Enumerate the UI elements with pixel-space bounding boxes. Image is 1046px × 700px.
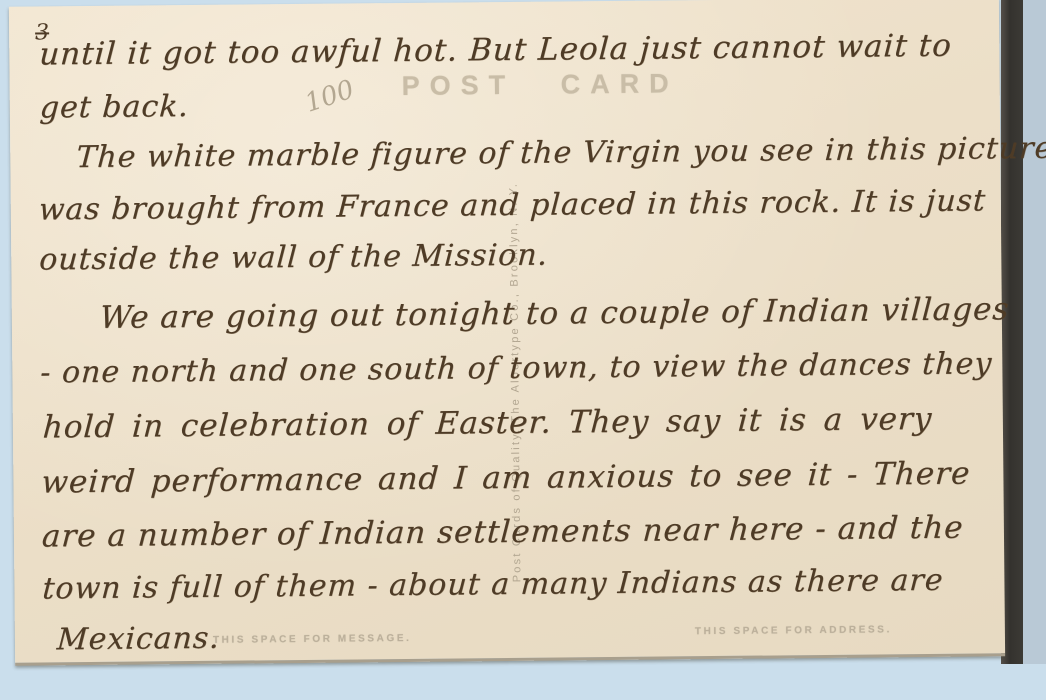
postcard-back: POST CARD Post Cards of Quality. The Alb… (9, 0, 1005, 666)
post-card-watermark: POST CARD (401, 68, 678, 102)
space-for-message-label: THIS SPACE FOR MESSAGE. (213, 633, 412, 646)
message-line: are a number of Indian settlements near … (41, 510, 965, 555)
scan-edge-margin (1023, 0, 1046, 664)
message-line: get back. (39, 89, 190, 125)
message-line: hold in celebration of Easter. They say … (42, 401, 934, 446)
scanned-postcard-image: POST CARD Post Cards of Quality. The Alb… (0, 0, 1046, 700)
pencil-price-note: 100 (301, 75, 358, 119)
message-line: The white marble figure of the Virgin yo… (75, 131, 1046, 175)
message-line: until it got too awful hot. But Leola ju… (38, 28, 953, 73)
message-line: was brought from France and placed in th… (38, 183, 987, 227)
scan-edge-shadow (1001, 0, 1023, 664)
message-line: town is full of them - about a many Indi… (41, 563, 944, 607)
space-for-address-label: THIS SPACE FOR ADDRESS. (695, 624, 892, 637)
message-line: - one north and one south of town, to vi… (39, 346, 993, 390)
message-line: weird performance and I am anxious to se… (40, 456, 971, 501)
message-line: Mexicans. (56, 621, 221, 658)
message-line: We are going out tonight to a couple of … (99, 291, 1011, 336)
message-line: outside the wall of the Mission. (38, 238, 549, 278)
